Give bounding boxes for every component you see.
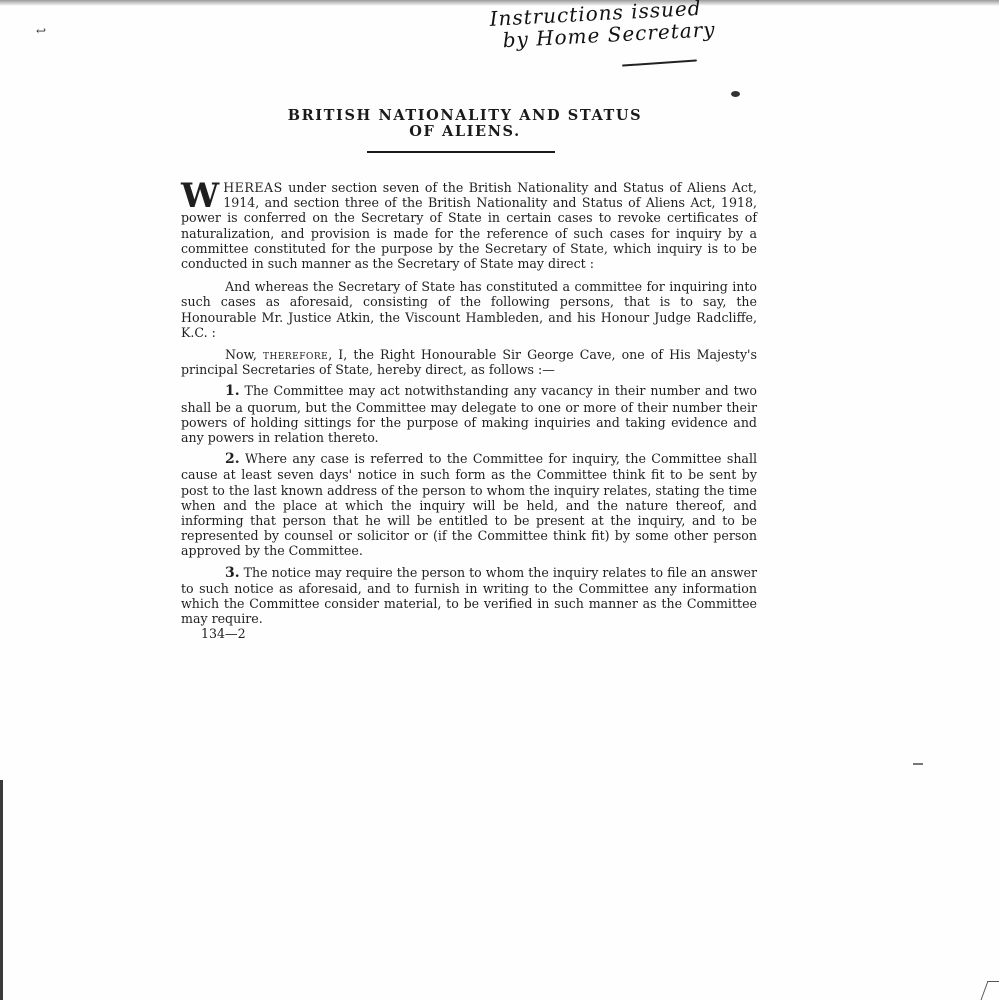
title-line-2: OF ALIENS. — [200, 124, 730, 140]
document-title: BRITISH NATIONALITY AND STATUS OF ALIENS… — [200, 108, 730, 140]
clause-number: 2. — [225, 451, 240, 467]
scan-edge-shadow — [0, 0, 999, 6]
ink-blot — [731, 91, 740, 97]
clause-2: 2. Where any case is referred to the Com… — [181, 451, 757, 558]
clause-1: 1. The Committee may act notwithstanding… — [181, 383, 757, 445]
preamble-paragraph: WHEREAS under section seven of the Briti… — [181, 180, 757, 271]
preamble-first-word: HEREAS — [223, 180, 283, 195]
scanned-document-page: ↩ Instructions issued by Home Secretary … — [0, 0, 999, 1000]
clause-3: 3. The notice may require the person to … — [181, 565, 757, 627]
handwritten-annotation: Instructions issued by Home Secretary — [489, 0, 716, 52]
drop-cap: W — [181, 182, 219, 210]
clause-number: 1. — [225, 383, 240, 399]
page-corner-fold — [981, 981, 999, 1000]
margin-mark — [913, 763, 923, 765]
document-body: WHEREAS under section seven of the Briti… — [181, 180, 757, 642]
therefore-smallcaps: THEREFORE — [263, 347, 328, 362]
title-line-1: BRITISH NATIONALITY AND STATUS — [200, 108, 730, 124]
title-underline-rule — [367, 151, 555, 153]
clause-text: The notice may require the person to who… — [181, 565, 757, 627]
clause-text: Where any case is referred to the Commit… — [181, 451, 757, 558]
clause-text: The Committee may act notwithstanding an… — [181, 383, 757, 445]
printer-code: 134—2 — [181, 626, 757, 641]
handwritten-underline — [622, 59, 697, 66]
scan-left-edge — [0, 780, 3, 1000]
stray-pen-mark: ↩ — [36, 24, 46, 38]
now-lead: Now, — [225, 347, 263, 362]
clause-number: 3. — [225, 565, 240, 581]
now-therefore-paragraph: Now, THEREFORE, I, the Right Honourable … — [181, 347, 757, 377]
whereas-paragraph: And whereas the Secretary of State has c… — [181, 279, 757, 340]
